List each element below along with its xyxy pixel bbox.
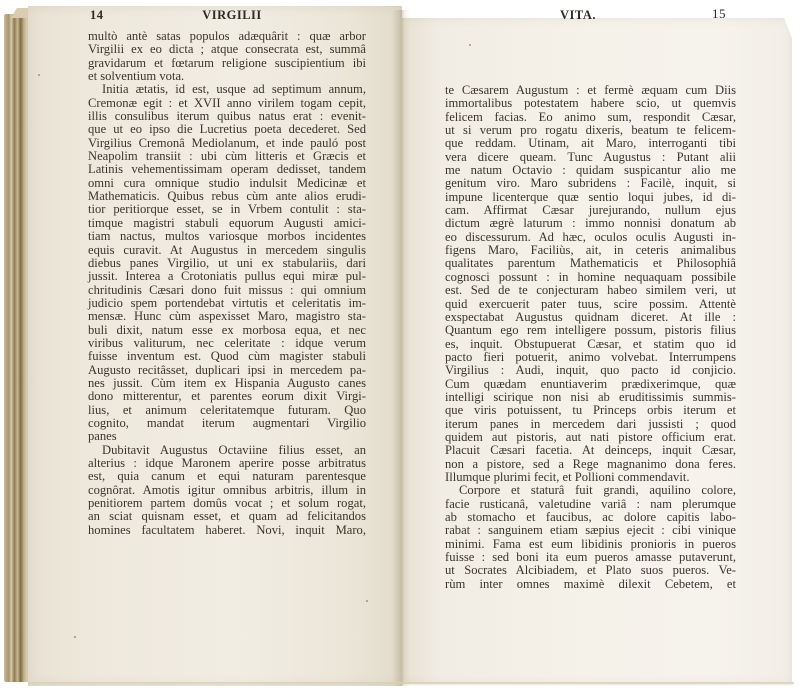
text-line: Cum quædam enuntiaverim prædixerimque, q…: [445, 378, 736, 391]
text-line: genitum viro. Maro subridens : Facilè, i…: [445, 177, 736, 190]
text-line: et solventium vota.: [88, 70, 366, 83]
text-line: exspectabat Augustus quidnam diceret. At…: [445, 311, 736, 324]
text-line: que ut eo ipso die Lucretius poeta deced…: [88, 123, 366, 136]
right-page-body: te Cæsarem Augustum : et fermè æquam cum…: [445, 84, 736, 591]
text-line: ut si verum pro rogatu dixeris, beatum t…: [445, 124, 736, 137]
text-line: Neapolim transiit : ubi cùm litteris et …: [88, 150, 366, 163]
text-line: cognôrat. Amotis igitur omnibus arbitris…: [88, 484, 366, 497]
text-line: intelligi scirique non nisi ab eruditiss…: [445, 391, 736, 404]
text-line: rùm inter omnes maximè dilexit Cebetem, …: [445, 578, 736, 591]
text-line: Quantum ego rem intelligere possum, pist…: [445, 324, 736, 337]
text-line: chritudinis Cæsari dono fuit missus : qu…: [88, 284, 366, 297]
text-line: immortalibus potestatem habere scio, ut …: [445, 97, 736, 110]
text-line: dono mitterentur, et parentes eorum dixi…: [88, 390, 366, 403]
text-line: fuisse inventum est. Quod cùm magister s…: [88, 350, 366, 363]
text-line: Latinis vehementissimam operam dedisset,…: [88, 163, 366, 176]
text-line: homines facultatem haberet. Novi, inquit…: [88, 524, 366, 537]
paper-speck: [38, 74, 40, 76]
stacked-page-edges: [4, 14, 30, 682]
text-line: mensæ. Hunc cùm aspexisset Maro, magistr…: [88, 310, 366, 323]
text-line: Placuit Cæsari facetia. At deinceps, inq…: [445, 444, 736, 457]
text-line: cognosci possunt : in homine nequaquam p…: [445, 271, 736, 284]
text-line: Cremonæ egit : et XVII anno virilem toga…: [88, 97, 366, 110]
text-line: Virgilius Cremonâ Mediolanum, et inde pa…: [88, 137, 366, 150]
text-line: alterius : idque Maronem aperire posse a…: [88, 457, 366, 470]
text-line: gravidarum et fœtarum religione suscipie…: [88, 57, 366, 70]
text-line: quidem aut pistoris, aut nati pistore of…: [445, 431, 736, 444]
text-line: an sciat quisnam esset, et quam ad felic…: [88, 510, 366, 523]
left-running-head: VIRGILII: [200, 8, 264, 23]
text-line: lius, et animum celeritatemque futuram. …: [88, 404, 366, 417]
paper-speck: [366, 600, 368, 602]
paper-speck: [469, 44, 471, 46]
text-line: que reddam. Utinam, ait Maro, interrogan…: [445, 137, 736, 150]
text-line: me natum Octavio : quidam suspicantur al…: [445, 164, 736, 177]
text-line: jussit. Interea a Crotoniatis pullus equ…: [88, 270, 366, 283]
paragraph-start-line: Dubitavit Augustus Octaviine filius esse…: [88, 444, 366, 457]
left-page-body: multò antè satas populos adæquârit : quæ…: [88, 30, 366, 537]
text-line: penitiorem partem domûs vocat ; et solum…: [88, 497, 366, 510]
paper-speck: [74, 636, 76, 638]
text-line: qualitates parentum Mathematicis et Phil…: [445, 257, 736, 270]
text-line: illis consulibus iterum quibus natus era…: [88, 110, 366, 123]
text-line: ab stomacho et faucibus, ac dolore capit…: [445, 511, 736, 524]
text-line: nes jussit. Cùm item ex Hispania Augusto…: [88, 377, 366, 390]
text-line: judicio spem portendebat virtutis et cel…: [88, 297, 366, 310]
text-line: felicem facias. Eo animo sum, respondit …: [445, 111, 736, 124]
text-line: facie rusticanâ, valetudine variâ : nam …: [445, 498, 736, 511]
text-line: panes: [88, 430, 366, 443]
text-line: equis curavit. At Augustus in mercedem s…: [88, 244, 366, 257]
text-line: vera dicere queam. Tunc Augustus : Putan…: [445, 151, 736, 164]
text-line: Mathematicis. Quibus rebus cùm ante alio…: [88, 190, 366, 203]
paragraph-start-line: Initia ætatis, id est, usque ad septimum…: [88, 83, 366, 96]
text-line: eo discessurum. Ad hæc, oculos oculis Au…: [445, 231, 736, 244]
text-line: tiam nactus, multos variosque morbos inc…: [88, 230, 366, 243]
right-page-number: 15: [712, 6, 726, 22]
text-line: Virgilii ex eo dicta ; atque consecrata …: [88, 43, 366, 56]
text-line: dictum ægrè laturum : immo nonnisi donat…: [445, 217, 736, 230]
text-line: impune licenterque quæ sentio loqui jube…: [445, 191, 736, 204]
paragraph-start-line: Corpore et staturâ fuit grandi, aquilino…: [445, 484, 736, 497]
text-line: non a pistore, sed a Rege magnanimo dona…: [445, 458, 736, 471]
book-spine-gutter: [392, 10, 410, 686]
text-line: que viris potuissent, tu Princeps orbis …: [445, 404, 736, 417]
book-photo: 14 VIRGILII VITA. 15 multò antè satas po…: [0, 0, 800, 700]
text-line: est. Sed de te conjecturam habeo similem…: [445, 284, 736, 297]
text-line: figens Maro, Faciliùs, ait, in ceteris a…: [445, 244, 736, 257]
text-line: pacto fieri potuerit, animo volvebat. In…: [445, 351, 736, 364]
text-line: Illumque plurimi fecit, et Pollioni comm…: [445, 471, 736, 484]
text-line: viribus valiturum, nec celeritate : idqu…: [88, 337, 366, 350]
text-line: te Cæsarem Augustum : et fermè æquam cum…: [445, 84, 736, 97]
text-line: est, quia canum et equi naturam parentes…: [88, 470, 366, 483]
text-line: diebus panes Virgilio, ut uni ex stabula…: [88, 257, 366, 270]
text-line: cam. Affirmat Cæsar jurejurando, nullum …: [445, 204, 736, 217]
text-line: tior peritiorque esset, se in Vrbem cont…: [88, 203, 366, 216]
text-line: es, inquit. Obstupuerat Cæsar, et statim…: [445, 338, 736, 351]
text-line: timque magistri stabuli equorum Augusti …: [88, 217, 366, 230]
page-bottom-edge: [28, 682, 794, 686]
text-line: iterum panes in mercedem dari jussisti ;…: [445, 418, 736, 431]
text-line: quid exercuerit pater tuus, scire possim…: [445, 298, 736, 311]
text-line: Augusto recitâsset, duplicari ipsi in me…: [88, 364, 366, 377]
text-line: rabat : sanguinem etiam sæpius ejecit : …: [445, 524, 736, 537]
right-running-head: VITA.: [558, 8, 598, 23]
text-line: ut Socrates Alcibiadem, et Plato suos pu…: [445, 564, 736, 577]
text-line: multò antè satas populos adæquârit : quæ…: [88, 30, 366, 43]
text-line: omni cura omnique studio indulsit Medici…: [88, 177, 366, 190]
text-line: fuisse : sed boni ita eum pueros amasse …: [445, 551, 736, 564]
left-page-number: 14: [90, 8, 104, 23]
text-line: minimi. Fama est eum libidinis pronioris…: [445, 538, 736, 551]
text-line: buli dixit, natum esse ex morbosa equa, …: [88, 324, 366, 337]
text-line: Virgilius : Audi, inquit, quo pacto id c…: [445, 364, 736, 377]
text-line: cognito, mandat iterum augmentari Virgil…: [88, 417, 366, 430]
